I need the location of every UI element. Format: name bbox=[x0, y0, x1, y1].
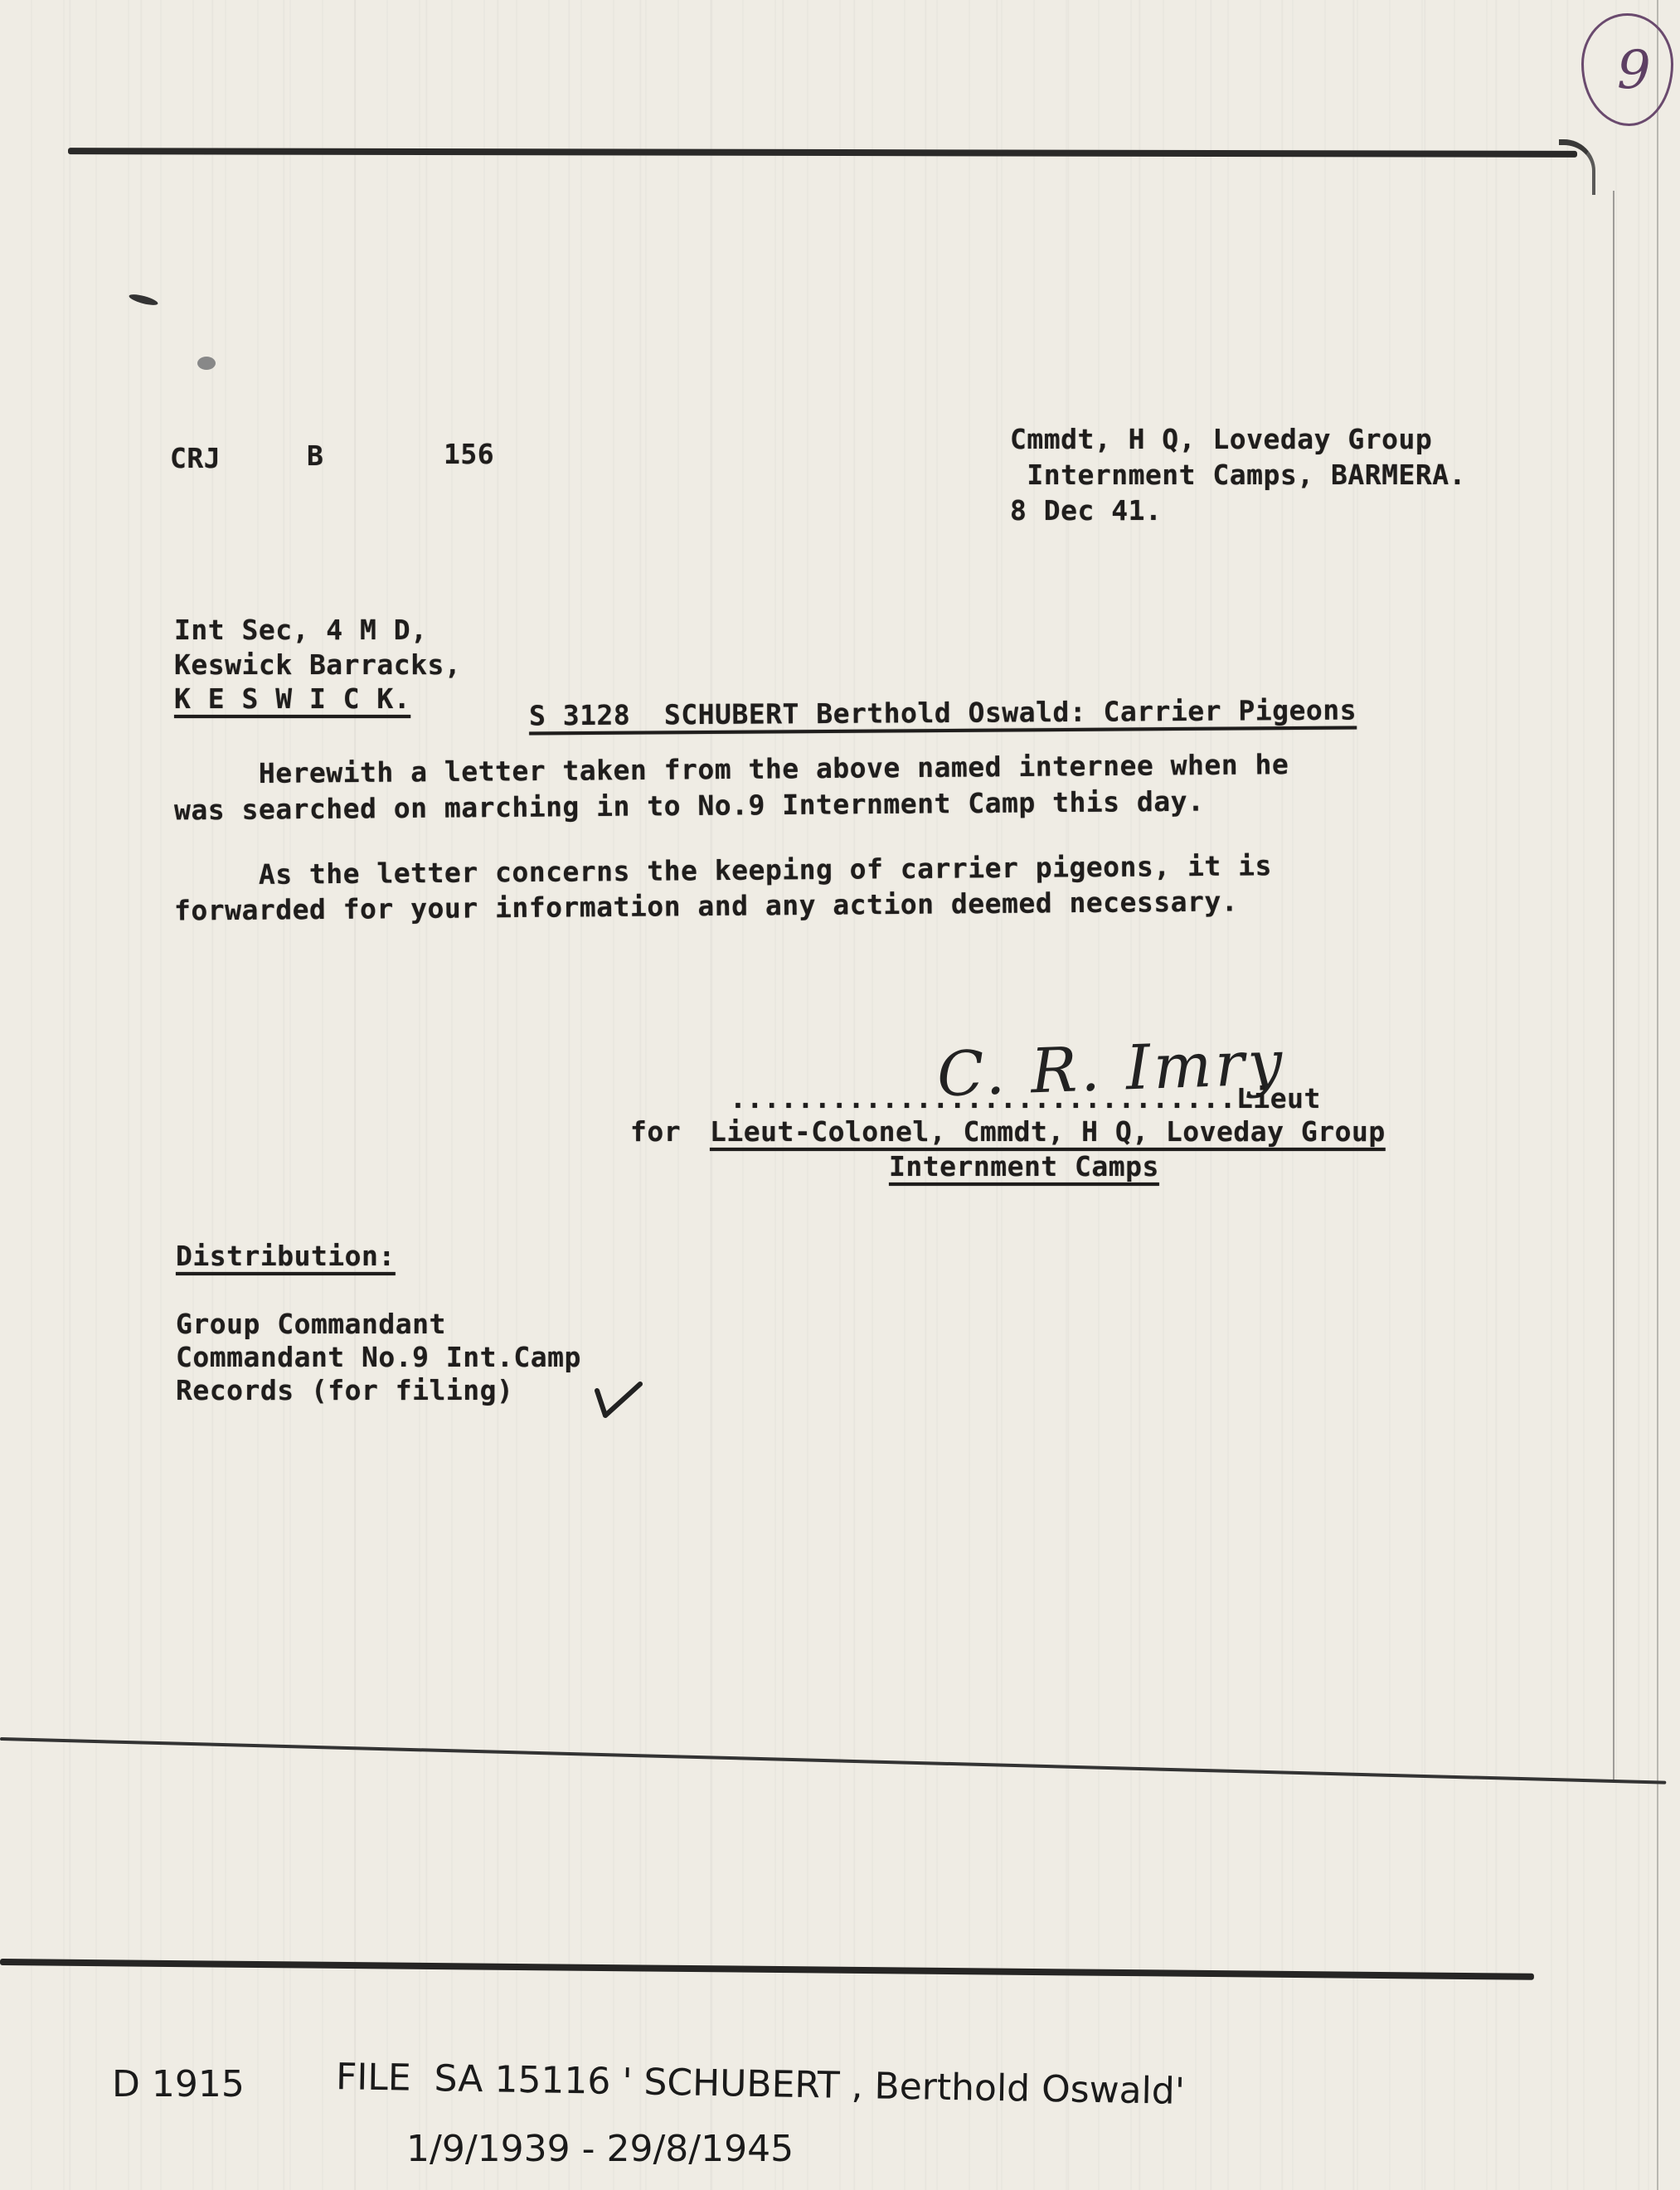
signature-dots-line: ..............................Lieut bbox=[730, 1082, 1321, 1115]
ink-smudge bbox=[128, 292, 158, 307]
lower-border-rule bbox=[0, 1737, 1666, 1785]
top-border-rule bbox=[68, 148, 1577, 158]
checkmark-icon bbox=[594, 1372, 643, 1422]
reference-code: CRJ bbox=[170, 442, 221, 475]
distribution-heading: Distribution: bbox=[176, 1240, 396, 1273]
reference-number: 156 bbox=[444, 438, 494, 471]
distribution-item: Group Commandant bbox=[176, 1308, 446, 1341]
ink-smudge bbox=[197, 357, 216, 370]
signatory-title: Lieut-Colonel, Cmmdt, H Q, Loveday Group bbox=[710, 1115, 1386, 1148]
signatory-title-line2: Internment Camps bbox=[889, 1150, 1159, 1183]
distribution-item: Records (for filing) bbox=[176, 1374, 513, 1407]
footer-date-range: 1/9/1939 - 29/8/1945 bbox=[406, 2128, 794, 2170]
footer-file-title: FILE SA 15116 ' SCHUBERT , Berthold Oswa… bbox=[336, 2056, 1186, 2113]
document-date: 8 Dec 41. bbox=[1010, 494, 1162, 527]
bottom-border-rule bbox=[0, 1959, 1534, 1980]
reference-series: B bbox=[307, 439, 323, 473]
footer-reference: D 1915 bbox=[112, 2063, 245, 2105]
sender-line: Internment Camps, BARMERA. bbox=[1010, 459, 1466, 492]
scan-edge-line bbox=[1657, 0, 1658, 2190]
body-paragraph-line: Herewith a letter taken from the above n… bbox=[174, 748, 1289, 791]
body-paragraph-line: forwarded for your information and any a… bbox=[174, 885, 1238, 927]
top-border-corner bbox=[1559, 139, 1595, 195]
page-edge-line bbox=[1613, 191, 1614, 1783]
recipient-line: Keswick Barracks, bbox=[174, 648, 461, 682]
distribution-item: Commandant No.9 Int.Camp bbox=[176, 1341, 581, 1374]
subject-line: S 3128 SCHUBERT Berthold Oswald: Carrier… bbox=[529, 694, 1357, 733]
recipient-city: K E S W I C K. bbox=[174, 682, 410, 716]
for-prefix: for bbox=[630, 1115, 697, 1148]
page-number-mark: 9 bbox=[1617, 40, 1651, 101]
body-paragraph-line: was searched on marching in to No.9 Inte… bbox=[174, 785, 1205, 828]
recipient-line: Int Sec, 4 M D, bbox=[174, 614, 428, 647]
sender-line: Cmmdt, H Q, Loveday Group bbox=[1010, 423, 1432, 456]
